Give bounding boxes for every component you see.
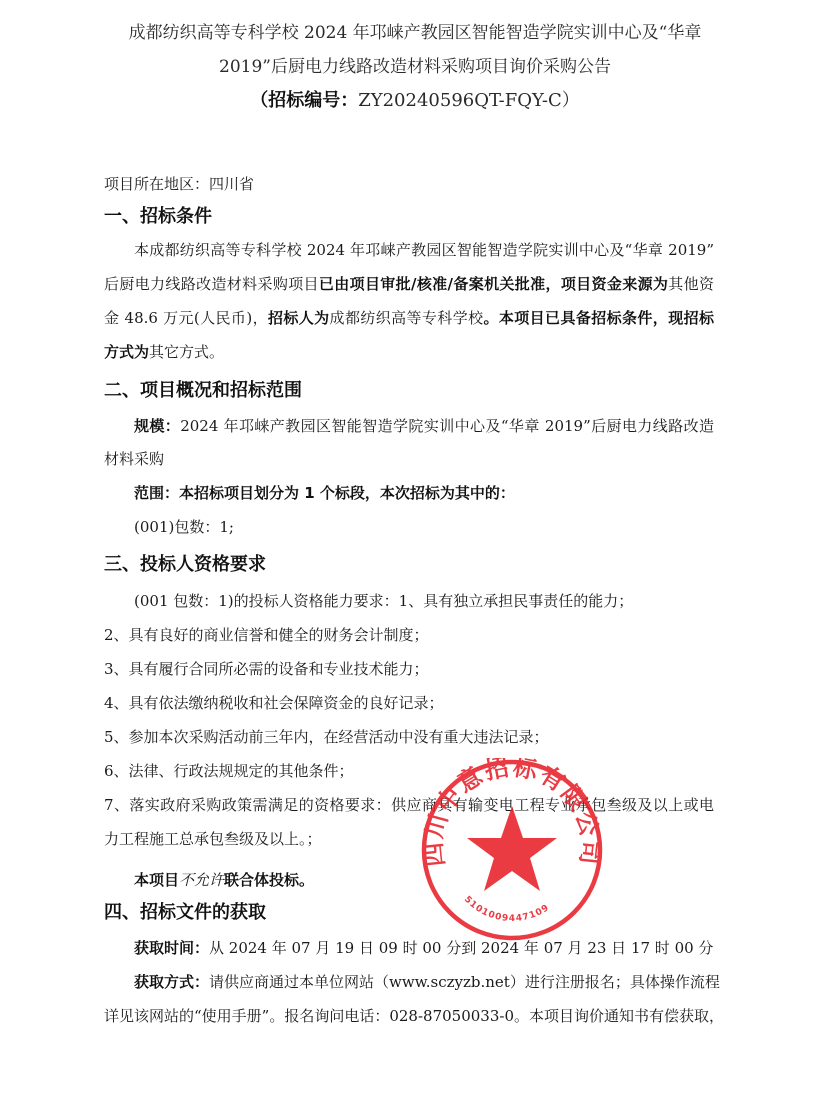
tender-code-value: ZY20240596QT-FQY-C）	[358, 90, 580, 111]
document-title-line-2: 2019”后厨电力线路改造材料采购项目询价采购公告	[0, 56, 830, 78]
requirement-intro: (001 包数：1)的投标人资格能力要求：1、具有独立承担民事责任的能力；	[134, 591, 633, 611]
seal-ring	[424, 762, 600, 938]
tenderer-name: 成都纺织高等专科学校	[330, 309, 484, 327]
s1-para-line-4: 方式为其它方式。	[104, 342, 224, 362]
section-heading-3: 三、投标人资格要求	[104, 554, 266, 576]
requirement-2: 2、具有良好的商业信誉和健全的财务会计制度；	[104, 625, 429, 645]
region-label: 项目所在地区：	[104, 175, 209, 193]
requirement-7-line-2: 力工程施工总承包叁级及以上。；	[104, 829, 322, 849]
s1-para-line-2: 后厨电力线路改造材料采购项目已由项目审批/核准/备案机关批准，项目资金来源为其他…	[104, 274, 714, 294]
project-name-fragment: 后厨电力线路改造材料采购项目	[104, 275, 319, 293]
star-icon	[467, 806, 557, 891]
method-value: 其它方式	[149, 343, 209, 361]
tender-code: （招标编号：ZY20240596QT-FQY-C）	[0, 90, 830, 112]
requirement-6: 6、法律、行政法规规定的其他条件；	[104, 761, 354, 781]
s1-para-line-3: 金 48.6 万元(人民币)，招标人为成都纺织高等专科学校。本项目已具备招标条件…	[104, 308, 714, 328]
scope-label: 范围：	[134, 484, 179, 502]
section-heading-1: 一、招标条件	[104, 206, 212, 228]
method-label: 获取方式：	[134, 973, 209, 991]
conditions-statement: 。本项目已具备招标条件，现招标	[483, 309, 714, 327]
acquisition-method-line-1: 获取方式：请供应商通过本单位网站（www.sczyzb.net）进行注册报名；具…	[134, 972, 714, 992]
scope-text: 本招标项目划分为 1 个标段，本次招标为其中的：	[179, 484, 515, 502]
scale-line-1: 规模：2024 年邛崃产教园区智能智造学院实训中心及“华章 2019”后厨电力线…	[134, 416, 714, 436]
project-region: 项目所在地区：四川省	[104, 174, 254, 194]
scale-label: 规模：	[134, 417, 180, 435]
scale-line-2: 材料采购	[104, 449, 164, 469]
region-value: 四川省	[209, 175, 254, 193]
method-text: 请供应商通过本单位网站（www.sczyzb.net）进行注册报名；具体操作流程	[209, 973, 720, 991]
approval-statement: 已由项目审批/核准/备案机关批准，项目资金来源为	[319, 275, 668, 293]
consortium-suffix: 联合体投标。	[224, 871, 314, 889]
section-heading-2: 二、项目概况和招标范围	[104, 380, 302, 402]
requirement-7-line-1: 7、落实政府采购政策需满足的资格要求：供应商具有输变电工程专业承包叁级及以上或电	[104, 795, 714, 815]
scope-line: 范围：本招标项目划分为 1 个标段，本次招标为其中的：	[134, 483, 515, 503]
s1-para-line-1: 本成都纺织高等专科学校 2024 年邛崃产教园区智能智造学院实训中心及“华章 2…	[134, 240, 714, 260]
consortium-not-allowed: 不允许	[179, 871, 224, 889]
document-title-line-1: 成都纺织高等专科学校 2024 年邛崃产教园区智能智造学院实训中心及“华章	[0, 22, 830, 44]
acquisition-method-line-2: 详见该网站的“使用手册”。报名询问电话：028-87050033-0。本项目询价…	[104, 1006, 714, 1026]
consortium-statement: 本项目不允许联合体投标。	[134, 870, 314, 890]
package-line: (001)包数：1;	[134, 517, 234, 537]
requirement-3: 3、具有履行合同所必需的设备和专业技术能力；	[104, 659, 429, 679]
scale-text: 2024 年邛崃产教园区智能智造学院实训中心及“华章 2019”后厨电力线路改造	[180, 417, 714, 435]
consortium-prefix: 本项目	[134, 871, 179, 889]
budget-amount: 金 48.6 万元(人民币)，	[104, 309, 268, 327]
method-label: 方式为	[104, 343, 149, 361]
acquisition-time: 获取时间：从 2024 年 07 月 19 日 09 时 00 分到 2024 …	[134, 938, 713, 958]
requirement-4: 4、具有依法缴纳税收和社会保障资金的良好记录；	[104, 693, 444, 713]
period: 。	[209, 343, 224, 361]
time-label: 获取时间：	[134, 939, 209, 957]
seal-number: 5101009447109	[462, 895, 552, 924]
tender-code-label: （招标编号：	[250, 90, 358, 111]
funding-source-fragment: 其他资	[668, 275, 714, 293]
tenderer-label: 招标人为	[268, 309, 330, 327]
company-seal-stamp: 四川中意招标有限公司 5101009447109	[420, 758, 604, 942]
requirement-5: 5、参加本次采购活动前三年内，在经营活动中没有重大违法记录；	[104, 727, 549, 747]
time-value: 从 2024 年 07 月 19 日 09 时 00 分到 2024 年 07 …	[209, 939, 713, 957]
section-heading-4: 四、招标文件的获取	[104, 902, 266, 924]
